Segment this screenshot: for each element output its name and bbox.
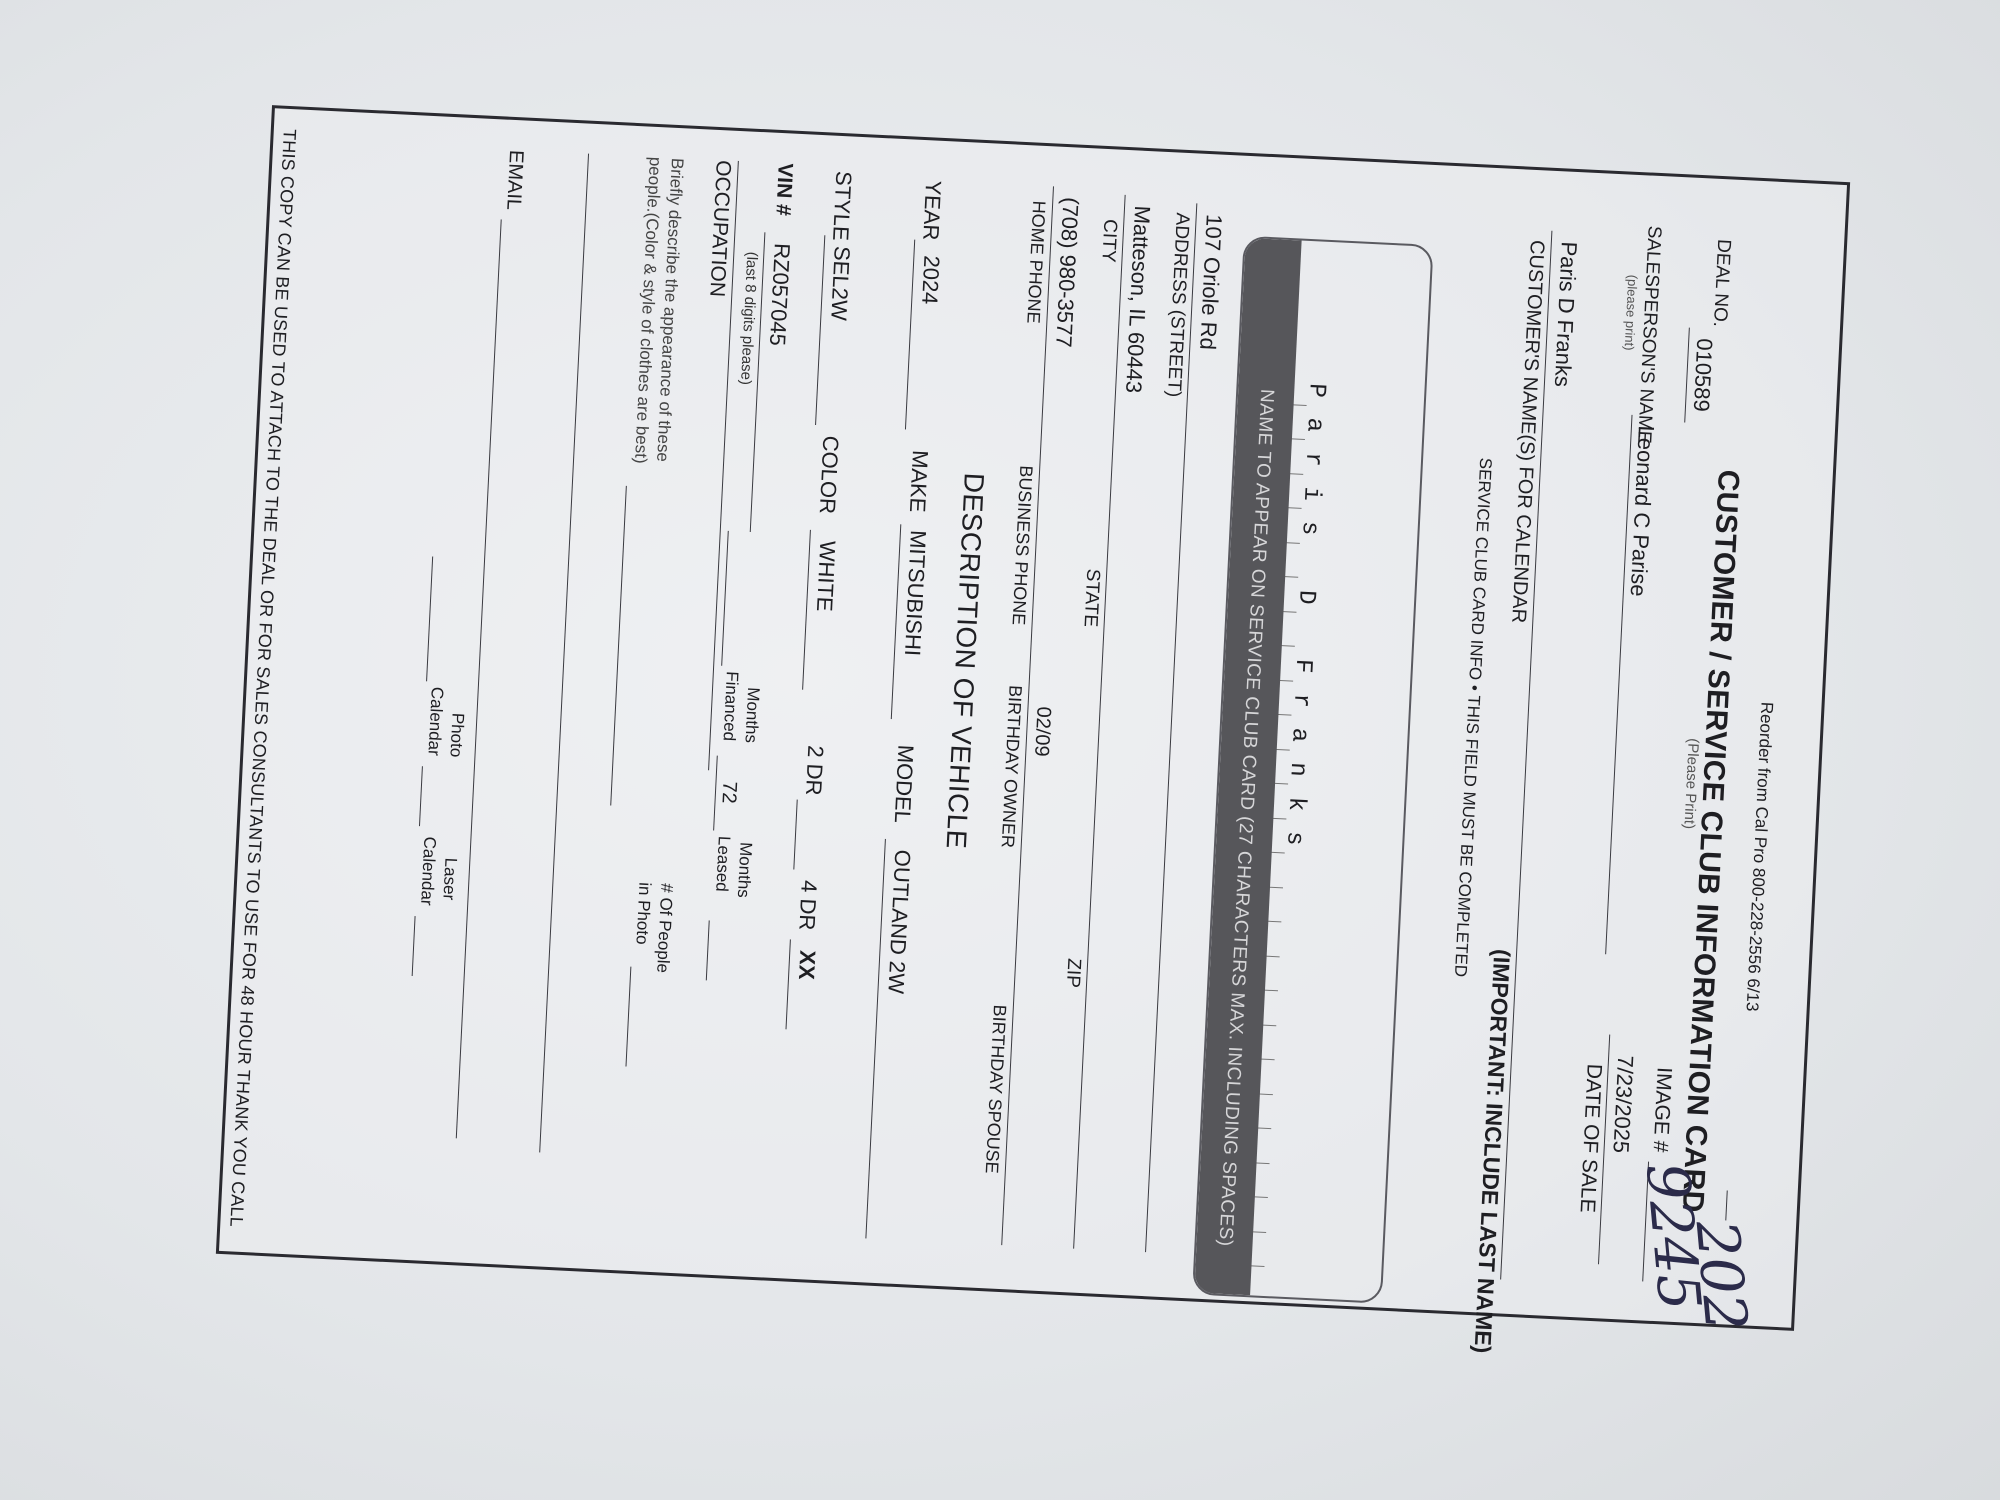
home-phone-value[interactable]: (708) 980-3577 — [1050, 197, 1083, 349]
color-line — [802, 530, 811, 690]
months-leased-trailing-line — [706, 920, 710, 980]
vin-value[interactable]: RZ057045 — [764, 243, 795, 347]
email-line[interactable] — [456, 219, 502, 1138]
appearance-line[interactable] — [610, 486, 627, 806]
months-leased-label-2: Leased — [711, 836, 734, 893]
vin-label: VIN # — [770, 163, 797, 217]
model-label: MODEL — [889, 744, 919, 823]
date-of-sale-value[interactable]: 7/23/2025 — [1607, 1055, 1638, 1154]
make-value[interactable]: MITSUBISHI — [899, 530, 931, 657]
image-annotation-dash — [1725, 1190, 1727, 1220]
occupation-label: OCCUPATION — [704, 160, 735, 298]
email-label: EMAIL — [501, 149, 527, 210]
color-label: COLOR — [814, 435, 844, 514]
style-value[interactable]: SEL2W — [825, 245, 855, 321]
laser-calendar-line[interactable] — [412, 916, 416, 976]
home-phone-label: HOME PHONE — [1022, 200, 1049, 324]
blank-line[interactable] — [539, 154, 589, 1153]
months-financed-label-1: Months — [740, 687, 763, 744]
year-label: YEAR — [917, 180, 946, 241]
two-door-line[interactable] — [793, 800, 797, 870]
laser-calendar-label-1: Laser — [438, 857, 460, 900]
color-value[interactable]: WHITE — [811, 540, 840, 612]
photo-calendar-label-1: Photo — [445, 712, 467, 757]
photo-calendar-label-2: Calendar — [423, 686, 446, 756]
four-door-value[interactable]: XX — [793, 950, 820, 981]
customer-names-important: (IMPORTANT: INCLUDE LAST NAME) — [1469, 949, 1516, 1354]
service-club-heading: SERVICE CLUB CARD INFO • THIS FIELD MUST… — [1450, 457, 1495, 977]
make-label: MAKE — [904, 450, 933, 514]
months-leased-value[interactable]: 72 — [716, 781, 740, 804]
image-annotation-handwritten: 202 — [1683, 1217, 1761, 1333]
city-label: CITY — [1096, 219, 1120, 263]
vehicle-heading: DESCRIPTION OF VEHICLE — [940, 472, 990, 850]
salesperson-line — [1605, 415, 1632, 954]
footer-note: THIS COPY CAN BE USED TO ATTACH TO THE D… — [225, 128, 300, 1227]
photo-calendar-line-before — [426, 556, 433, 681]
model-value[interactable]: OUTLAND 2W — [882, 849, 915, 994]
address-value[interactable]: 107 Oriole Rd — [1194, 214, 1227, 351]
four-door-label: 4 DR — [793, 880, 821, 931]
image-no-label: IMAGE # — [1648, 1067, 1676, 1153]
year-line — [905, 240, 915, 430]
laser-calendar-label-2: Calendar — [416, 836, 439, 906]
people-in-photo-label-2: in Photo — [631, 882, 654, 945]
year-value[interactable]: 2024 — [916, 255, 944, 305]
service-club-information-card: Reorder from Cal Pro 800-228-2556 6/13 C… — [216, 105, 1850, 1331]
four-door-line — [785, 939, 790, 1029]
months-financed-label-2: Financed — [719, 671, 742, 742]
model-line — [865, 839, 886, 1239]
deal-no-label: DEAL NO. — [1708, 239, 1734, 328]
customer-names-value[interactable]: Paris D Franks — [1549, 241, 1582, 388]
service-club-name-box[interactable]: ParisDFranks NAME TO APPEAR ON SERVICE C… — [1192, 236, 1434, 1304]
city-state-zip-value[interactable]: Matteson, IL 60443 — [1120, 205, 1155, 394]
people-in-photo-label-1: # Of People — [652, 883, 676, 974]
two-door-label: 2 DR — [800, 745, 828, 796]
style-label: STYLE — [827, 170, 856, 241]
zip-label: ZIP — [1061, 958, 1084, 989]
people-in-photo-line[interactable] — [625, 967, 631, 1067]
reorder-note: Reorder from Cal Pro 800-228-2556 6/13 — [1742, 701, 1777, 1012]
birthday-owner-value[interactable]: 02/09 — [1029, 706, 1054, 757]
deal-no-value[interactable]: 010589 — [1688, 338, 1718, 413]
form-title: CUSTOMER / SERVICE CLUB INFORMATION CARD — [1675, 469, 1745, 1213]
months-leased-label-1: Months — [733, 842, 756, 899]
city-line — [1073, 195, 1126, 1249]
photo-calendar-line[interactable] — [419, 766, 423, 826]
months-financed-line[interactable] — [721, 531, 729, 666]
style-line — [815, 235, 825, 425]
state-label: STATE — [1079, 568, 1104, 627]
